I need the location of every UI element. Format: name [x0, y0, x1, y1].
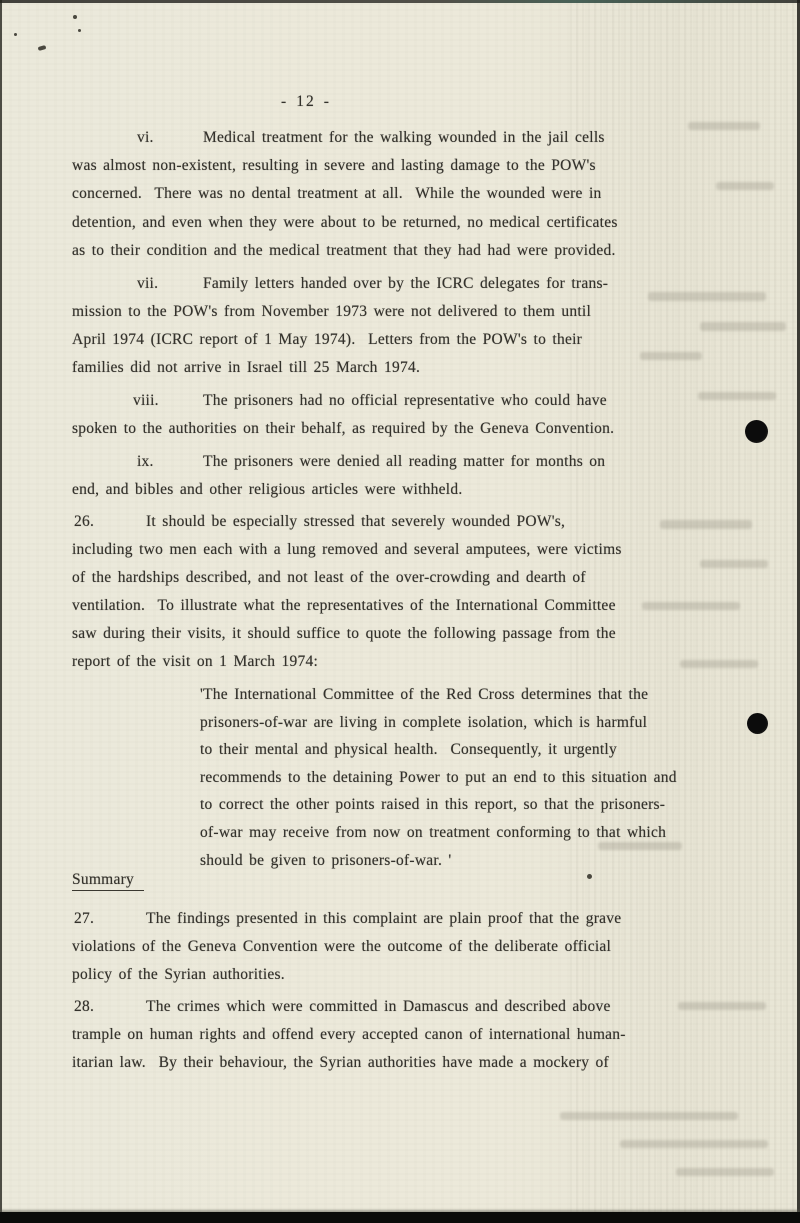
bleed-mark [640, 352, 702, 360]
pen-mark [38, 45, 47, 51]
text-line: The prisoners were denied all reading ma… [203, 452, 605, 471]
bleed-mark [642, 602, 740, 610]
text-line: The findings presented in this complaint… [146, 909, 621, 928]
bleed-mark [700, 560, 768, 568]
text-line: It should be especially stressed that se… [146, 512, 565, 531]
paragraph-label-28: 28. [74, 997, 94, 1016]
bleed-mark [560, 1112, 738, 1120]
speck [73, 15, 77, 19]
page-edge-left [0, 0, 2, 1223]
bleed-mark [678, 1002, 766, 1010]
text-line: families did not arrive in Israel till 2… [72, 358, 420, 377]
bleed-mark [700, 322, 786, 331]
text-line: including two men each with a lung remov… [72, 540, 622, 559]
paragraph-label-vi: vi. [137, 128, 154, 147]
speck [78, 29, 81, 32]
page-number: - 12 - [281, 92, 331, 111]
text-line: itarian law. By their behaviour, the Syr… [72, 1053, 609, 1072]
text-line: as to their condition and the medical tr… [72, 241, 616, 260]
quote-line: recommends to the detaining Power to put… [200, 768, 677, 787]
text-line: ventilation. To illustrate what the repr… [72, 596, 616, 615]
text-line: end, and bibles and other religious arti… [72, 480, 462, 499]
paragraph-label-ix: ix. [137, 452, 154, 471]
bleed-mark [688, 122, 760, 130]
text-line: saw during their visits, it should suffi… [72, 624, 616, 643]
text-line: Medical treatment for the walking wounde… [203, 128, 605, 147]
stray-dot [587, 874, 592, 879]
text-line: report of the visit on 1 March 1974: [72, 652, 318, 671]
bleed-mark [698, 392, 776, 400]
text-line: policy of the Syrian authorities. [72, 965, 285, 984]
quote-line: to their mental and physical health. Con… [200, 740, 617, 759]
text-line: trample on human rights and offend every… [72, 1025, 626, 1044]
ink-blot-bottom [747, 713, 768, 734]
summary-heading-text: Summary [72, 871, 144, 891]
paragraph-label-viii: viii. [133, 391, 159, 410]
text-line: Family letters handed over by the ICRC d… [203, 274, 608, 293]
bleed-mark [716, 182, 774, 190]
text-line: concerned. There was no dental treatment… [72, 184, 602, 203]
text-line: of the hardships described, and not leas… [72, 568, 586, 587]
page-edge-top [0, 0, 800, 3]
text-line: The prisoners had no official representa… [203, 391, 607, 410]
scan-bar-bottom [0, 1212, 800, 1223]
text-line: mission to the POW's from November 1973 … [72, 302, 591, 321]
text-line: was almost non-existent, resulting in se… [72, 156, 596, 175]
speck [14, 33, 17, 36]
scanned-document-page: - 12 - vi. Medical treatment for the wal… [0, 0, 800, 1223]
paragraph-label-vii: vii. [137, 274, 158, 293]
quote-line: prisoners-of-war are living in complete … [200, 713, 647, 732]
bleed-mark [648, 292, 766, 301]
text-line: detention, and even when they were about… [72, 213, 618, 232]
paragraph-label-27: 27. [74, 909, 94, 928]
text-line: violations of the Geneva Convention were… [72, 937, 611, 956]
ink-blot-top [745, 420, 768, 443]
quote-line: should be given to prisoners-of-war. ' [200, 851, 451, 870]
bleed-mark [598, 842, 682, 850]
bleed-mark [660, 520, 752, 529]
paragraph-label-26: 26. [74, 512, 94, 531]
text-line: The crimes which were committed in Damas… [146, 997, 611, 1016]
summary-heading: Summary [72, 870, 144, 889]
bleed-mark [680, 660, 758, 668]
text-line: spoken to the authorities on their behal… [72, 419, 614, 438]
quote-line: 'The International Committee of the Red … [200, 685, 648, 704]
bleed-mark [620, 1140, 768, 1148]
quote-line: of-war may receive from now on treatment… [200, 823, 666, 842]
text-line: April 1974 (ICRC report of 1 May 1974). … [72, 330, 582, 349]
bleed-mark [676, 1168, 774, 1176]
quote-line: to correct the other points raised in th… [200, 795, 665, 814]
